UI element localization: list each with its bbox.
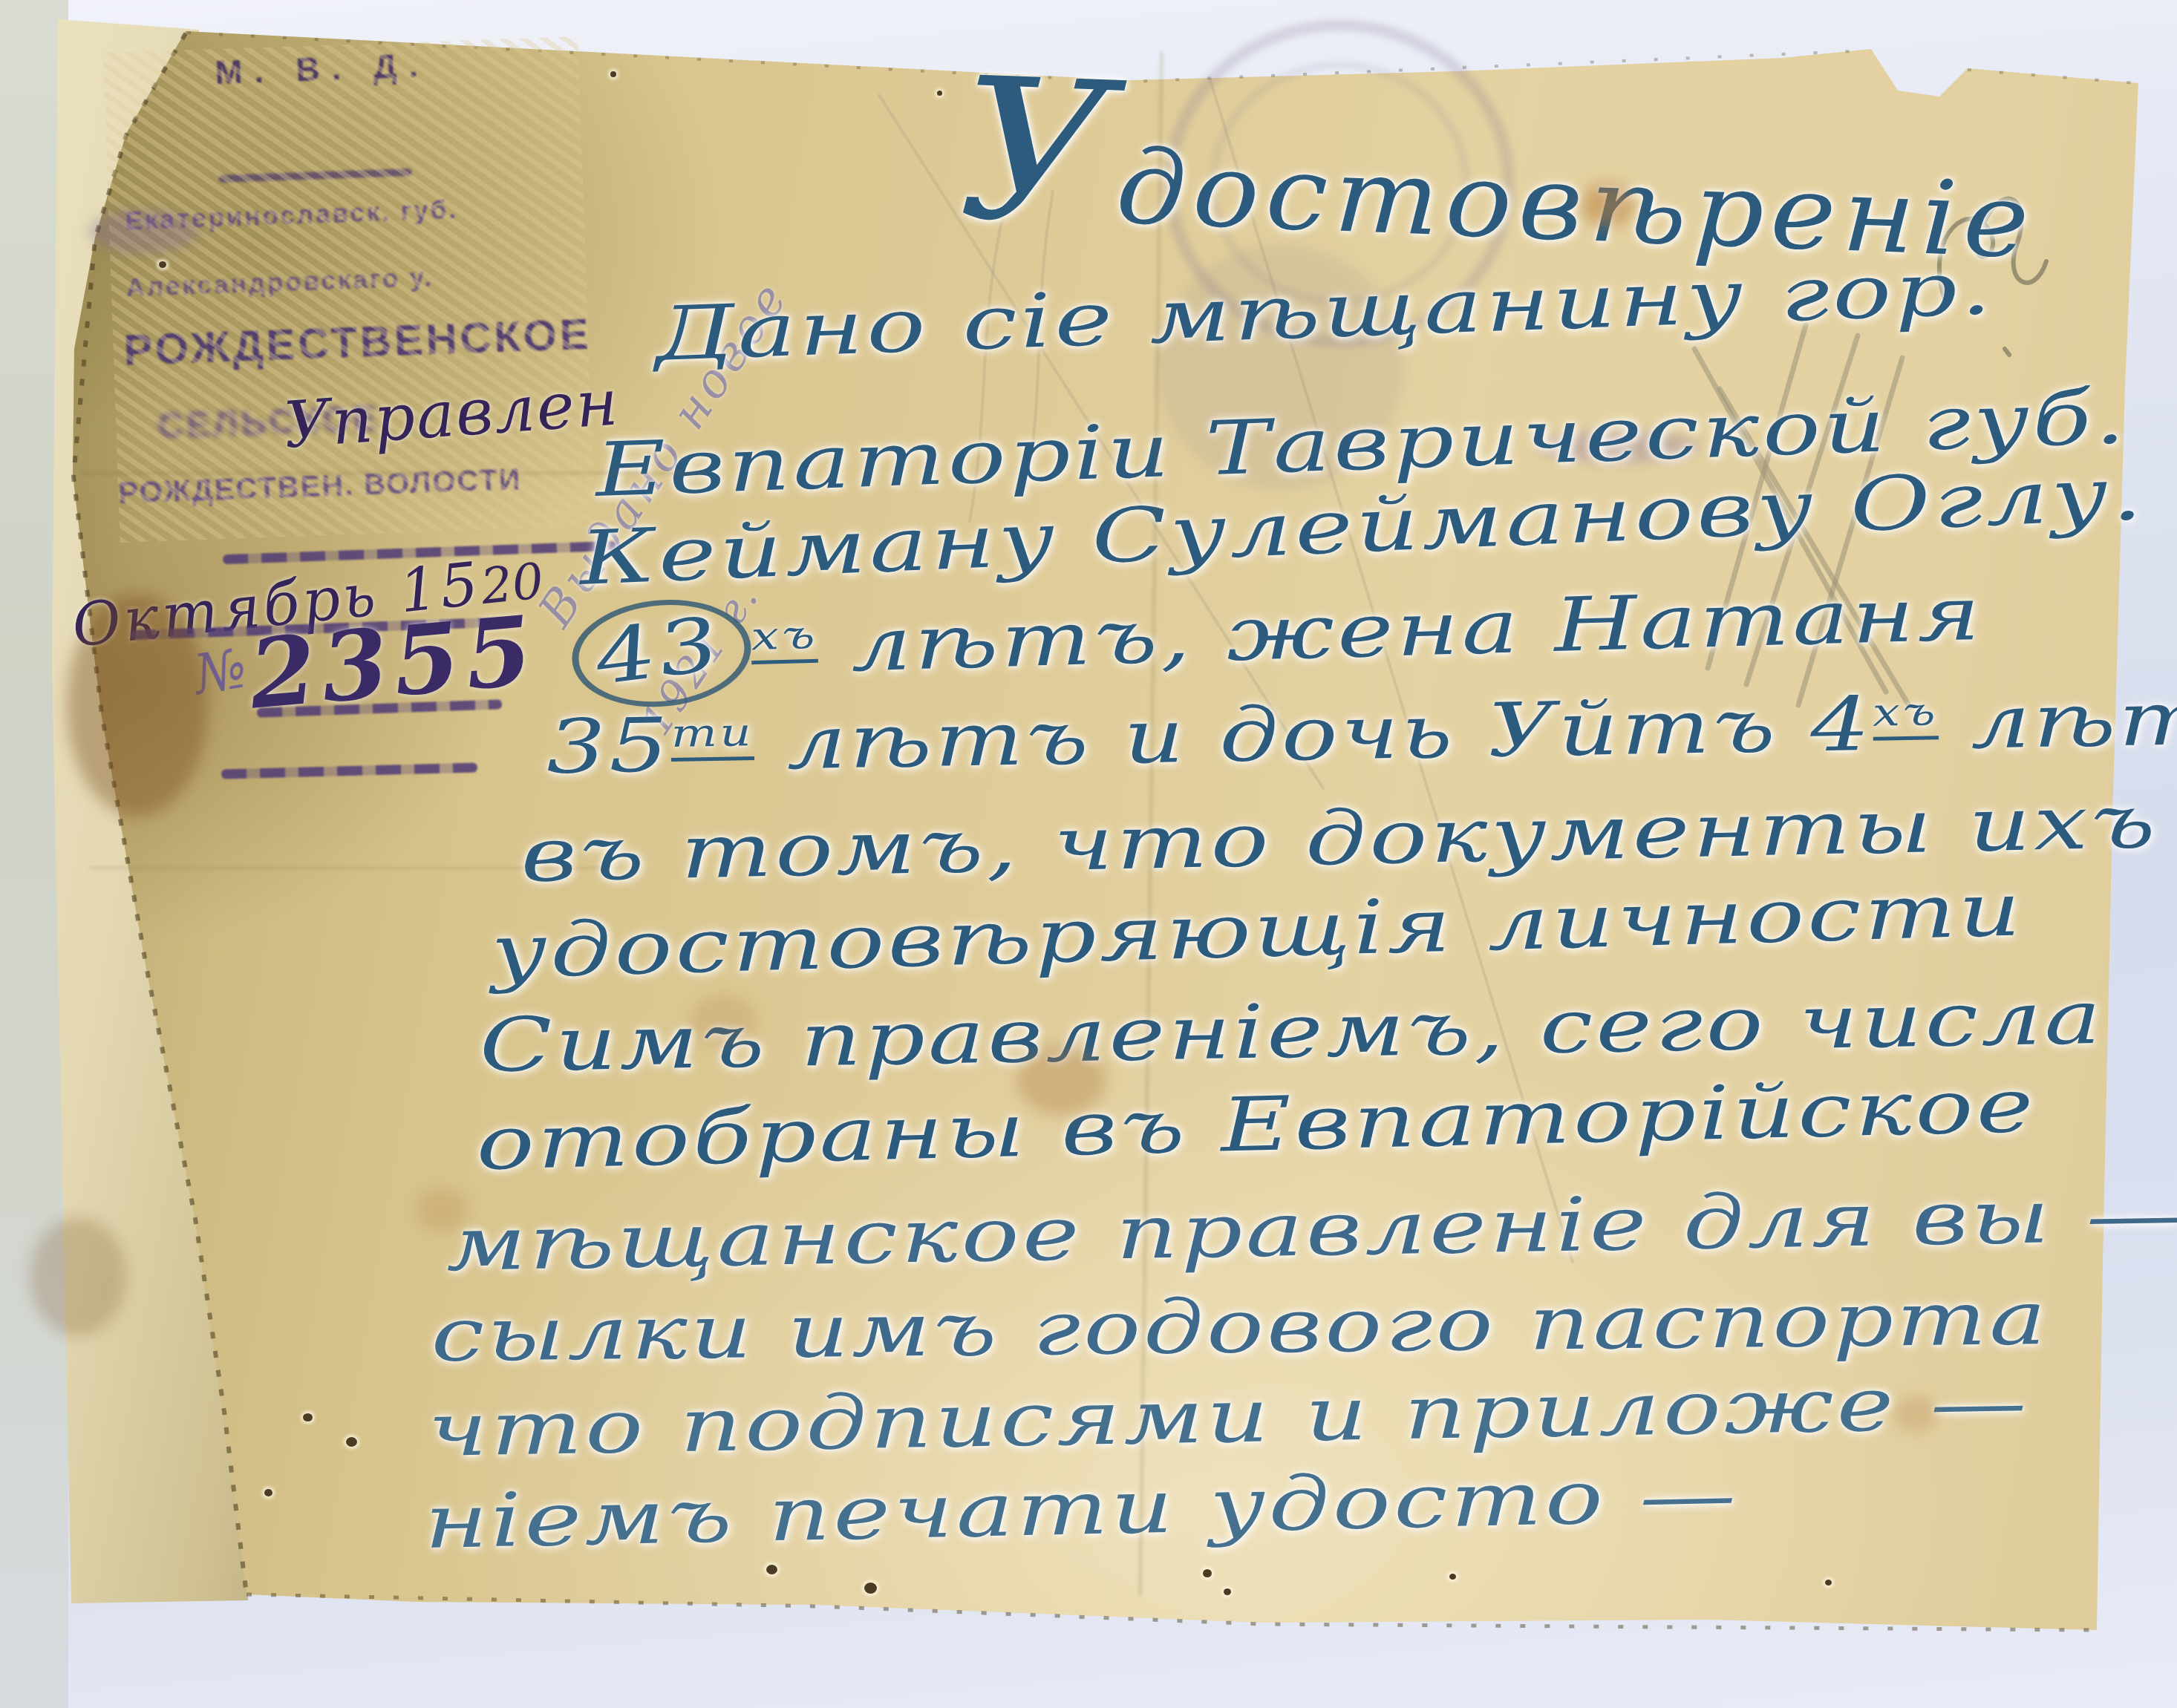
stamp-erosion-texture <box>103 36 595 543</box>
superscript-suffix: хъ <box>751 612 818 664</box>
line-text: лѣтъ и дочь Уйтъ <box>754 681 1812 787</box>
line-text: 35 <box>546 701 672 791</box>
superscript-suffix: ти <box>670 710 754 762</box>
purple-smudge <box>88 209 199 254</box>
foxing-stain <box>691 995 757 1047</box>
wormhole <box>766 1565 777 1574</box>
spine-stain <box>67 594 208 817</box>
wormhole <box>346 1437 357 1447</box>
wormhole <box>264 1489 272 1496</box>
wormhole <box>1449 1574 1456 1580</box>
wormhole <box>303 1413 313 1421</box>
wormhole <box>159 261 166 268</box>
scanned-document-photo: М. В. Д. Екатеринославск. губ. Александр… <box>0 0 2177 1708</box>
superscript-suffix: хъ <box>1872 690 1938 741</box>
wormhole <box>864 1583 877 1594</box>
paper-speck <box>610 71 616 77</box>
paper-speck <box>937 91 942 96</box>
line-text: лѣтъ <box>1937 673 2177 766</box>
wormhole <box>1224 1588 1231 1595</box>
foxing-stain <box>1893 1395 1938 1433</box>
fold-crease <box>89 867 609 869</box>
foxing-stain <box>1017 1045 1106 1116</box>
foxing-stain <box>1582 183 1633 227</box>
fold-crease <box>82 472 705 474</box>
line-text: 4 <box>1809 681 1873 768</box>
wormhole <box>1203 1569 1212 1577</box>
line-text: 43 <box>563 590 760 717</box>
foxing-stain <box>416 1188 468 1232</box>
spine-stain <box>30 1217 126 1336</box>
wormhole <box>1825 1580 1832 1586</box>
